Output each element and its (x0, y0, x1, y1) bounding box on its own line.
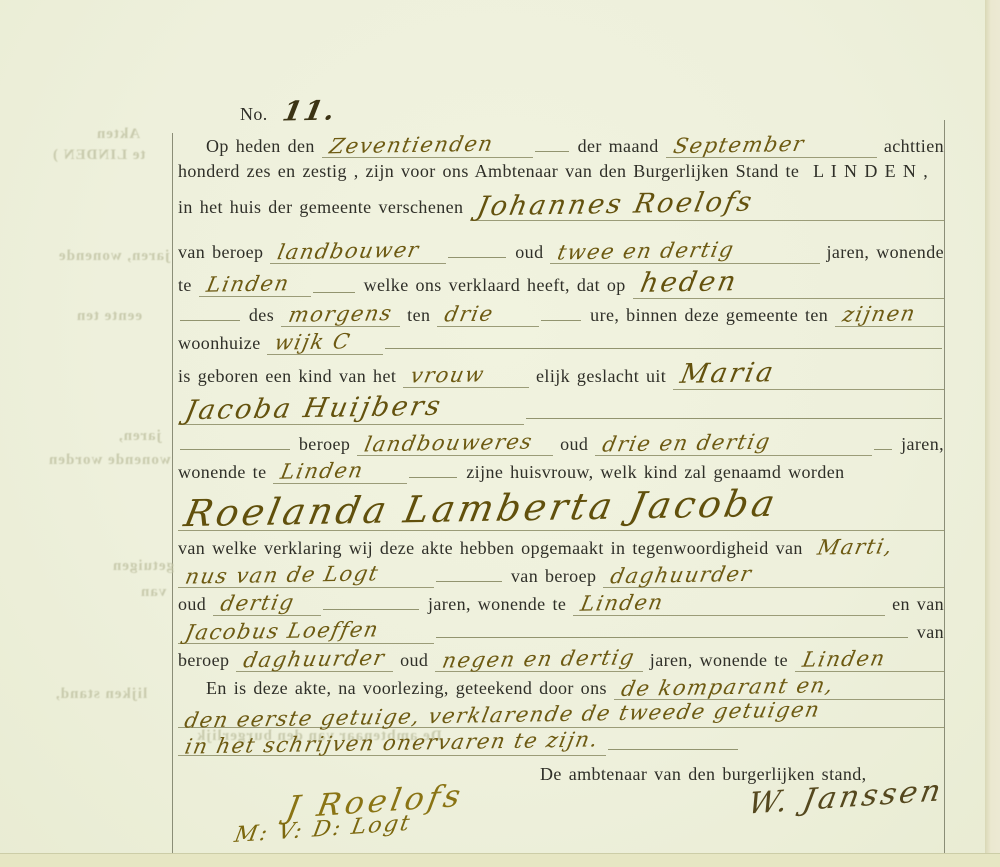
document-line-3: in het huis der gemeente verschenen Joha… (178, 189, 944, 221)
handwritten-entry: Jacoba Huijbers (178, 393, 524, 425)
printed-form-text: van welke verklaring wij deze akte hebbe… (178, 538, 810, 559)
blank-rule-line (436, 580, 502, 582)
printed-form-text: achttien (877, 136, 944, 157)
document-line-12: Roelanda Lamberta Jacoba (178, 487, 944, 531)
handwritten-entry: Linden (199, 272, 311, 297)
signature-witness: M: V: D: Logt (200, 792, 410, 867)
handwritten-entry: twee en dertig (550, 239, 819, 264)
handwriting-ink: Linden (800, 646, 888, 671)
document-line-16: Jacobus Loeffen van (178, 619, 944, 644)
printed-form-text: van beroep (178, 242, 270, 263)
blank-rule-line (448, 256, 506, 258)
handwritten-entry: negen en dertig (435, 647, 643, 672)
blank-rule-line (541, 319, 581, 321)
printed-form-text: van beroep (504, 566, 603, 587)
bleedthrough-text-7: van (140, 584, 166, 601)
handwritten-entry: daghuurder (603, 563, 944, 588)
page-bottom-edge (0, 853, 1000, 867)
handwriting-ink: nus van de Logt (183, 561, 381, 588)
printed-form-text: wonende te (178, 462, 273, 483)
bleedthrough-text-0: Akten (96, 126, 140, 143)
bleedthrough-text-5: wonende worden (48, 452, 171, 469)
signature-official-text: W. Janssen (746, 773, 947, 821)
bleedthrough-text-6: getuigen (112, 558, 174, 575)
document-body: No. 11.Op heden den Zeventienden der maa… (178, 96, 944, 785)
handwriting-ink: Roelanda Lamberta Jacoba (181, 482, 782, 535)
handwriting-ink: morgens (286, 301, 394, 327)
printed-form-text: Op heden den (206, 136, 322, 157)
handwriting-ink: drie (443, 302, 496, 327)
blank-rule-line (436, 636, 908, 638)
document-line-9: Jacoba Huijbers (178, 393, 944, 425)
handwritten-entry: drie (437, 302, 539, 327)
handwritten-entry: Linden (273, 459, 407, 484)
document-line-17: beroep daghuurder oud negen en dertig ja… (178, 647, 944, 672)
handwriting-ink: den eerste getuige, verklarende de tweed… (183, 697, 823, 732)
document-line-10: beroep landbouweres oud drie en dertig j… (178, 431, 944, 456)
handwritten-entry: wijk C (267, 330, 383, 355)
handwriting-ink: dertig (219, 590, 297, 615)
handwriting-ink: Linden (579, 590, 667, 615)
handwritten-entry: Jacobus Loeffen (178, 619, 434, 644)
handwritten-entry: September (666, 133, 877, 158)
handwritten-entry: daghuurder (236, 647, 393, 672)
handwriting-ink: landbouwer (276, 238, 422, 264)
printed-form-text: woonhuize (178, 333, 267, 354)
handwriting-ink: zijnen (841, 301, 919, 326)
handwriting-ink: Linden (204, 271, 292, 296)
handwritten-entry: nus van de Logt (178, 563, 434, 588)
handwriting-ink: wijk C (273, 329, 354, 354)
document-line-1: Op heden den Zeventienden der maand Sept… (178, 133, 944, 158)
handwriting-ink: 11. (279, 96, 338, 128)
handwriting-ink: twee en dertig (556, 237, 737, 264)
handwritten-entry: drie en dertig (595, 431, 872, 456)
printed-form-text: is geboren een kind van het (178, 366, 403, 387)
handwritten-entry: Linden (795, 647, 944, 672)
printed-form-text: in het huis der gemeente verschenen (178, 197, 470, 218)
blank-rule-line (535, 150, 569, 152)
handwritten-entry: morgens (281, 302, 400, 327)
handwriting-ink: daghuurder (609, 562, 755, 588)
handwriting-ink: Jacoba Huijbers (183, 391, 446, 426)
blank-rule-line (874, 448, 892, 450)
handwritten-entry: Maria (673, 358, 944, 390)
handwriting-ink: heden (637, 266, 740, 299)
printed-form-text: No. (240, 104, 275, 125)
printed-form-text: zijne huisvrouw, welk kind zal genaamd w… (459, 462, 844, 483)
printed-form-text: ten (400, 305, 437, 326)
document-lines: No. 11.Op heden den Zeventienden der maa… (178, 96, 944, 756)
signature-official: W. Janssen (700, 745, 942, 850)
handwritten-entry: den eerste getuige, verklarende de tweed… (178, 703, 944, 728)
blank-rule-line (526, 417, 942, 419)
printed-form-text: oud (178, 594, 213, 615)
blank-rule-line (180, 319, 240, 321)
printed-form-text: welke ons verklaard heeft, dat op (357, 275, 633, 296)
printed-form-text: en van (885, 594, 944, 615)
bleedthrough-text-4: jaren, (118, 428, 162, 445)
printed-form-text: jaren, wonende te (643, 650, 795, 671)
right-margin-rule (944, 120, 945, 853)
handwriting-ink: drie en dertig (601, 430, 774, 457)
handwriting-ink: daghuurder (242, 646, 388, 672)
document-line-7: woonhuize wijk C (178, 330, 944, 355)
bleedthrough-text-8: lijken stand, (55, 686, 147, 703)
printed-form-text: honderd zes en zestig , zijn voor ons Am… (178, 161, 928, 182)
document-line-4: van beroep landbouwer oud twee en dertig… (178, 239, 944, 264)
document-line-18: En is deze akte, na voorlezing, geteeken… (178, 675, 944, 700)
document-line-6: des morgens ten drie ure, binnen deze ge… (178, 302, 944, 327)
printed-form-text: van (910, 622, 944, 643)
printed-form-text: jaren, (894, 434, 944, 455)
blank-rule-line (180, 448, 290, 450)
handwritten-entry: Linden (573, 591, 885, 616)
birth-certificate-scan: Aktente LINDEN )jaren, wonendeeente tenj… (0, 0, 1000, 867)
document-line-11: wonende te Linden zijne huisvrouw, welk … (178, 459, 944, 484)
printed-form-text: oud (508, 242, 550, 263)
printed-form-text: jaren, wonende te (421, 594, 573, 615)
document-line-5: te Linden welke ons verklaard heeft, dat… (178, 267, 944, 299)
handwriting-ink: vrouw (409, 362, 487, 387)
handwritten-entry: landbouweres (357, 431, 553, 456)
handwriting-ink: Marti, (815, 534, 895, 559)
blank-rule-line (385, 347, 942, 349)
document-line-19: den eerste getuige, verklarende de tweed… (178, 703, 944, 728)
handwritten-entry: Johannes Roelofs (470, 189, 944, 221)
handwritten-entry: heden (633, 267, 944, 299)
document-line-15: oud dertig jaren, wonende te Linden en v… (178, 591, 944, 616)
blank-rule-line (323, 608, 419, 610)
handwritten-entry: 11. (275, 96, 344, 127)
blank-rule-line (313, 291, 355, 293)
handwriting-ink: Linden (279, 458, 367, 483)
left-margin-rule (172, 133, 173, 853)
handwriting-ink: Maria (678, 357, 778, 390)
document-line-14: nus van de Logt van beroep daghuurder (178, 563, 944, 588)
handwritten-entry: Marti, (810, 535, 944, 559)
handwritten-entry: Roelanda Lamberta Jacoba (178, 487, 944, 531)
printed-form-text: beroep (292, 434, 357, 455)
blank-rule-line (409, 476, 457, 478)
handwriting-ink: September (671, 132, 807, 158)
bleedthrough-text-3: eente ten (76, 308, 142, 325)
handwriting-ink: de komparant en, (619, 673, 836, 701)
handwritten-entry: landbouwer (270, 239, 446, 264)
printed-form-text: elijk geslacht uit (529, 366, 673, 387)
document-line-2: honderd zes en zestig , zijn voor ons Am… (178, 161, 944, 186)
handwriting-ink: Jacobus Loeffen (183, 617, 381, 644)
document-line-0: No. 11. (178, 96, 944, 127)
printed-form-text: oud (553, 434, 595, 455)
printed-form-text: ure, binnen deze gemeente ten (583, 305, 835, 326)
printed-form-text: des (242, 305, 281, 326)
handwriting-ink: landbouweres (363, 430, 536, 457)
printed-form-text: der maand (571, 136, 666, 157)
handwriting-ink: Johannes Roelofs (475, 187, 757, 223)
printed-form-text: En is deze akte, na voorlezing, geteeken… (206, 678, 614, 699)
handwritten-entry: zijnen (835, 302, 944, 327)
bleedthrough-text-2: jaren, wonende (58, 248, 170, 265)
page-right-edge (985, 0, 1000, 867)
printed-form-text: beroep (178, 650, 236, 671)
handwriting-ink: Zeventienden (327, 132, 496, 159)
document-line-13: van welke verklaring wij deze akte hebbe… (178, 535, 944, 560)
handwritten-entry: dertig (213, 591, 321, 616)
signature-witness-text: M: V: D: Logt (232, 811, 413, 848)
printed-form-text: jaren, wonende (820, 242, 944, 263)
handwriting-ink: negen en dertig (441, 645, 638, 672)
bleedthrough-text-1: te LINDEN ) (52, 147, 146, 164)
handwritten-entry: Zeventienden (322, 133, 533, 158)
handwritten-entry: vrouw (403, 363, 529, 388)
printed-form-text: te (178, 275, 199, 296)
handwritten-entry: de komparant en, (614, 675, 944, 700)
printed-form-text: oud (393, 650, 435, 671)
document-line-8: is geboren een kind van het vrouw elijk … (178, 358, 944, 390)
